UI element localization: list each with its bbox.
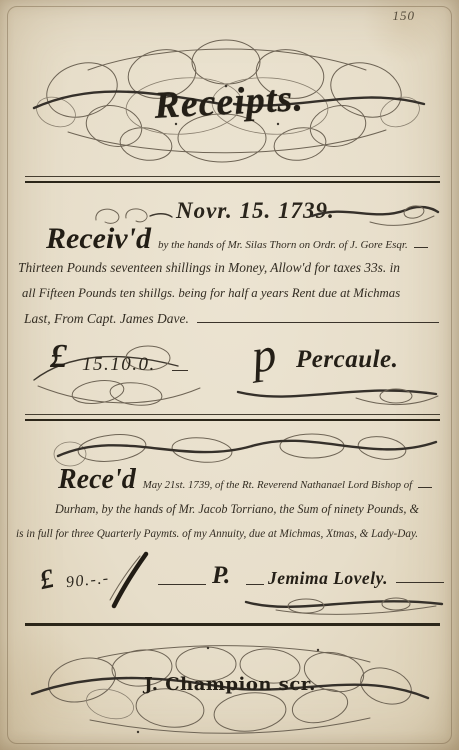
flourish-dash bbox=[246, 584, 264, 585]
divider-rule-top bbox=[25, 176, 440, 183]
receipt2-line1: Rece'd May 21st. 1739, of the Rt. Revere… bbox=[58, 464, 445, 496]
receipt2-lead-word: Rece'd bbox=[58, 464, 136, 496]
receipt1-lead-word: Receiv'd bbox=[46, 222, 151, 256]
flourish-dash bbox=[396, 582, 444, 583]
engraver-credit: J. Champion scr. bbox=[18, 674, 442, 695]
title-cartouche: Receipts. bbox=[26, 28, 432, 174]
colophon-cartouche: J. Champion scr. bbox=[18, 636, 442, 742]
receipt2-line3: is in full for three Quarterly Paymts. o… bbox=[16, 528, 418, 540]
receipt2-currency-symbol: £ bbox=[37, 563, 57, 596]
page-number: 150 bbox=[393, 8, 416, 24]
receipt1-amount: 15.10.0. bbox=[82, 354, 156, 376]
signature-swash1-icon bbox=[236, 382, 440, 408]
flourish-dash bbox=[158, 584, 206, 585]
receipt1-line1: Receiv'd by the hands of Mr. Silas Thorn… bbox=[46, 222, 447, 256]
flourish-dash bbox=[418, 487, 432, 488]
receipt2-amount: 90.-.- bbox=[65, 570, 110, 592]
receipt1-signature: Percaule. bbox=[296, 346, 398, 374]
receipt1-line4-text: Last, From Capt. James Dave. bbox=[24, 311, 189, 327]
engraved-plate-page: 150 Receipts. bbox=[0, 0, 459, 750]
receipt1-per-mark: p bbox=[248, 327, 279, 385]
receipt1-line3: all Fifteen Pounds ten shillgs. being fo… bbox=[22, 286, 400, 301]
divider-rule-middle bbox=[25, 414, 440, 421]
receipt1-currency-symbol: £ bbox=[50, 338, 67, 376]
receipt2-signature: Jemima Lovely. bbox=[268, 568, 388, 589]
receipt1-line1-text: by the hands of Mr. Silas Thorn on Ordr.… bbox=[158, 239, 408, 251]
receipt2-per-mark: P. bbox=[212, 562, 230, 590]
flourish-dash bbox=[172, 370, 188, 371]
receipt1-line2: Thirteen Pounds seventeen shillings in M… bbox=[18, 260, 400, 276]
flourish-rule-line bbox=[197, 322, 439, 323]
receipt1-line4: Last, From Capt. James Dave. bbox=[24, 311, 439, 327]
receipt2-line1-text: May 21st. 1739, of the Rt. Reverend Nath… bbox=[143, 479, 412, 491]
divider-rule-bottom bbox=[25, 623, 440, 626]
bold-slash-flourish-icon bbox=[108, 552, 150, 608]
flourish-dash bbox=[414, 247, 428, 248]
receipt2-line2: Durham, by the hands of Mr. Jacob Torria… bbox=[55, 502, 419, 517]
signature-swash2-icon bbox=[246, 594, 446, 618]
